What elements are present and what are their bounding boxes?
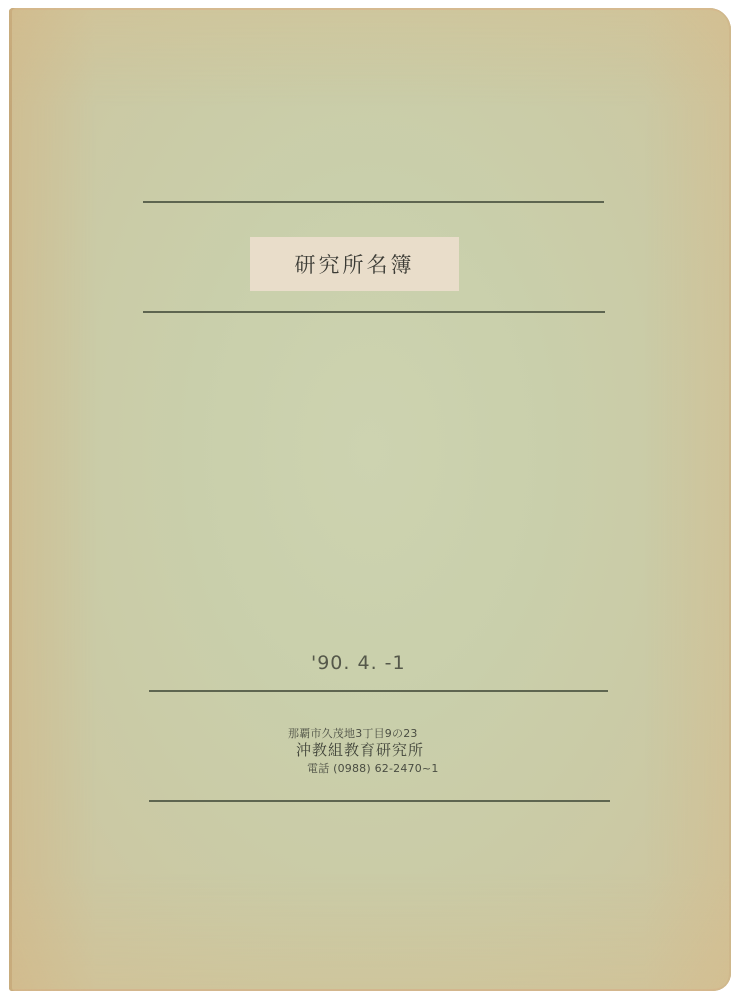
bottom-rule-lower	[149, 800, 610, 802]
publisher-name: 沖教組教育研究所	[296, 739, 424, 760]
top-rule-upper	[143, 201, 604, 203]
title-label: 研究所名簿	[250, 237, 459, 291]
document-title: 研究所名簿	[295, 249, 415, 279]
booklet-cover	[9, 8, 731, 991]
bottom-rule-upper	[149, 690, 608, 692]
issue-date: '90. 4. -1	[311, 652, 406, 674]
top-rule-lower	[143, 311, 605, 313]
publisher-phone: 電話 (0988) 62-2470~1	[307, 760, 439, 776]
